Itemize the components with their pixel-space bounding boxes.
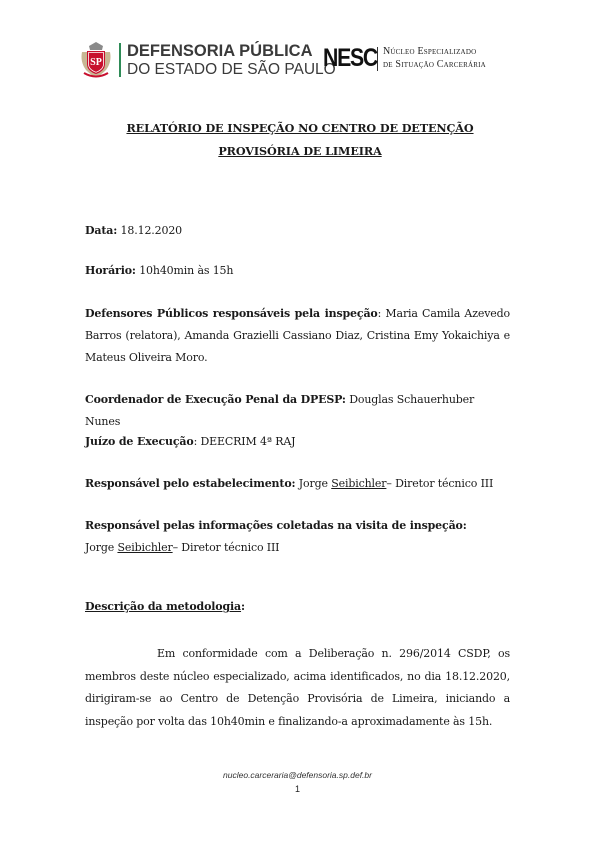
field-responsavel-estabelecimento: Responsável pelo estabelecimento: Jorge … bbox=[85, 473, 510, 495]
field-horario-value: 10h40min às 15h bbox=[139, 264, 233, 277]
field-juizo-value: : DEECRIM 4ª RAJ bbox=[194, 435, 296, 448]
field-defensores: Defensores Públicos responsáveis pela in… bbox=[85, 303, 510, 369]
field-coordenador-label: Coordenador de Execução Penal da DPESP: bbox=[85, 393, 346, 406]
field-juizo-label: Juízo de Execução bbox=[85, 435, 194, 448]
methodology-heading: Descrição da metodologia: bbox=[85, 600, 245, 613]
document-title: RELATÓRIO DE INSPEÇÃO NO CENTRO DE DETEN… bbox=[90, 117, 510, 163]
page-number: 1 bbox=[0, 784, 595, 794]
field-responsavel-informacoes-last: Seibichler bbox=[117, 541, 172, 554]
field-responsavel-informacoes-role: – Diretor técnico III bbox=[173, 541, 280, 554]
footer-email[interactable]: nucleo.carceraria@defensoria.sp.def.br bbox=[0, 770, 595, 780]
field-horario-label: Horário: bbox=[85, 264, 136, 277]
field-responsavel-estabelecimento-role: – Diretor técnico III bbox=[386, 477, 493, 490]
field-responsavel-estabelecimento-label: Responsável pelo estabelecimento: bbox=[85, 477, 295, 490]
methodology-heading-suffix: : bbox=[241, 600, 245, 613]
field-responsavel-informacoes-label: Responsável pelas informações coletadas … bbox=[85, 519, 467, 532]
defensoria-name: DEFENSORIA PÚBLICA bbox=[127, 43, 336, 60]
field-data-label: Data: bbox=[85, 224, 117, 237]
logo-divider bbox=[119, 43, 121, 77]
field-responsavel-informacoes: Responsável pelas informações coletadas … bbox=[85, 515, 510, 559]
nesc-logo: NESC Núcleo Especializado de Situação Ca… bbox=[323, 44, 486, 73]
field-responsavel-estabelecimento-first: Jorge bbox=[299, 477, 328, 490]
field-responsavel-estabelecimento-last: Seibichler bbox=[331, 477, 386, 490]
nesc-mark: NESC bbox=[323, 44, 367, 73]
field-data: Data: 18.12.2020 bbox=[85, 220, 510, 242]
nesc-line2: de Situação Carcerária bbox=[383, 59, 486, 72]
methodology-paragraph: Em conformidade com a Deliberação n. 296… bbox=[85, 643, 510, 733]
nesc-line1: Núcleo Especializado bbox=[383, 46, 486, 59]
field-juizo: Juízo de Execução: DEECRIM 4ª RAJ bbox=[85, 431, 510, 453]
page-header: SP DEFENSORIA PÚBLICA DO ESTADO DE SÃO P… bbox=[78, 38, 538, 82]
field-data-value: 18.12.2020 bbox=[121, 224, 182, 237]
field-responsavel-informacoes-first: Jorge bbox=[85, 541, 114, 554]
field-coordenador: Coordenador de Execução Penal da DPESP: … bbox=[85, 389, 510, 433]
nesc-divider bbox=[377, 47, 378, 71]
field-horario: Horário: 10h40min às 15h bbox=[85, 260, 510, 282]
field-defensores-label: Defensores Públicos responsáveis pela in… bbox=[85, 307, 378, 320]
methodology-heading-text: Descrição da metodologia bbox=[85, 600, 241, 613]
defensoria-publica-logo: SP DEFENSORIA PÚBLICA DO ESTADO DE SÃO P… bbox=[78, 38, 336, 82]
sao-paulo-coat-of-arms-icon: SP bbox=[78, 40, 114, 80]
svg-text:SP: SP bbox=[90, 57, 102, 68]
defensoria-state: DO ESTADO DE SÃO PAULO bbox=[127, 62, 336, 78]
